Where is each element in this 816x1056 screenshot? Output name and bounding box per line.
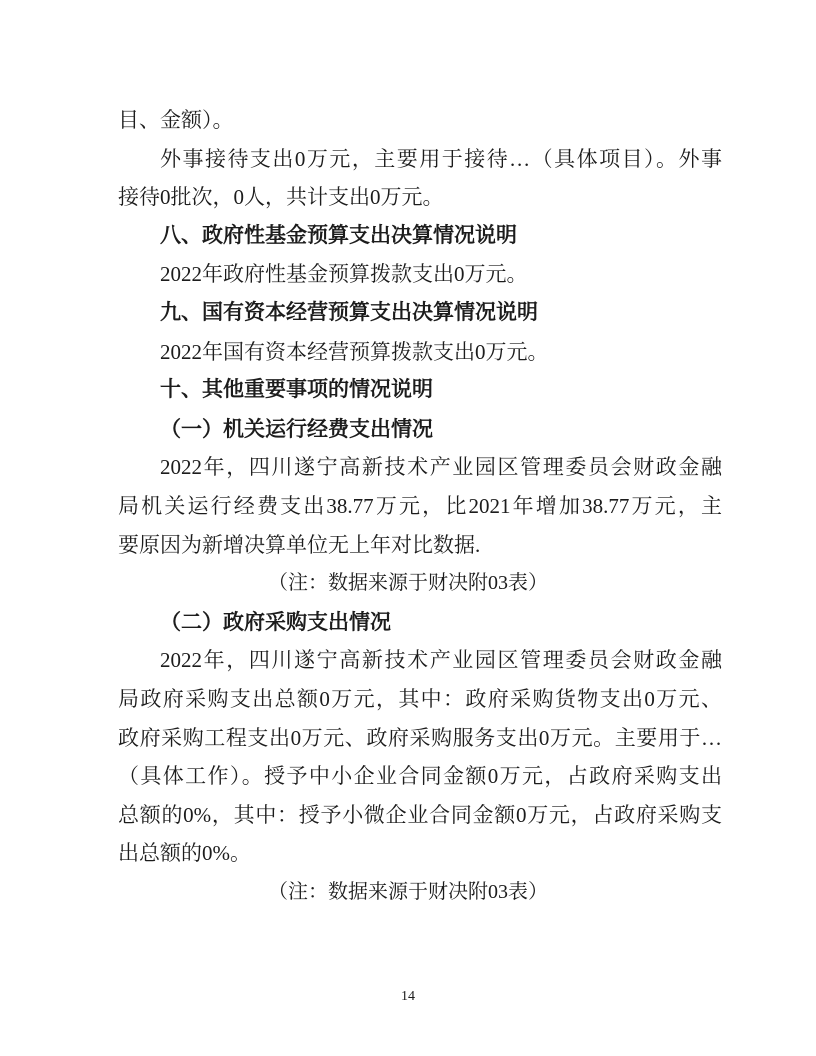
- subsection-heading-two: （二）政府采购支出情况: [118, 603, 722, 642]
- procurement-paragraph-line: 2022年，四川遂宁高新技术产业园区管理委员会财政金融: [118, 641, 722, 680]
- agency-operation-paragraph-line: 要原因为新增决算单位无上年对比数据.: [118, 526, 722, 565]
- section-nine-body-line: 2022年国有资本经营预算拨款支出0万元。: [118, 333, 722, 372]
- section-heading-ten: 十、其他重要事项的情况说明: [118, 371, 722, 410]
- section-heading-eight: 八、政府性基金预算支出决算情况说明: [118, 217, 722, 256]
- foreign-affairs-paragraph-line: 接待0批次，0人，共计支出0万元。: [118, 178, 722, 217]
- procurement-paragraph-line: 局政府采购支出总额0万元，其中：政府采购货物支出0万元、: [118, 680, 722, 719]
- procurement-paragraph-line: （具体工作）。授予中小企业合同金额0万元，占政府采购支出: [118, 757, 722, 796]
- data-source-note: （注：数据来源于财决附03表）: [118, 564, 722, 603]
- procurement-paragraph-line: 政府采购工程支出0万元、政府采购服务支出0万元。主要用于…: [118, 719, 722, 758]
- continuation-paragraph-line: 目、金额）。: [118, 101, 722, 140]
- document-body: 目、金额）。 外事接待支出0万元，主要用于接待…（具体项目）。外事 接待0批次，…: [118, 101, 722, 911]
- procurement-paragraph-line: 出总额的0%。: [118, 834, 722, 873]
- data-source-note: （注：数据来源于财决附03表）: [118, 873, 722, 912]
- section-eight-body-line: 2022年政府性基金预算拨款支出0万元。: [118, 255, 722, 294]
- agency-operation-paragraph-line: 2022年，四川遂宁高新技术产业园区管理委员会财政金融: [118, 448, 722, 487]
- agency-operation-paragraph-line: 局机关运行经费支出38.77万元，比2021年增加38.77万元，主: [118, 487, 722, 526]
- subsection-heading-one: （一）机关运行经费支出情况: [118, 410, 722, 449]
- document-page: 目、金额）。 外事接待支出0万元，主要用于接待…（具体项目）。外事 接待0批次，…: [0, 0, 816, 1056]
- page-number: 14: [0, 988, 816, 1006]
- procurement-paragraph-line: 总额的0%，其中：授予小微企业合同金额0万元，占政府采购支: [118, 796, 722, 835]
- foreign-affairs-paragraph-line: 外事接待支出0万元，主要用于接待…（具体项目）。外事: [118, 140, 722, 179]
- section-heading-nine: 九、国有资本经营预算支出决算情况说明: [118, 294, 722, 333]
